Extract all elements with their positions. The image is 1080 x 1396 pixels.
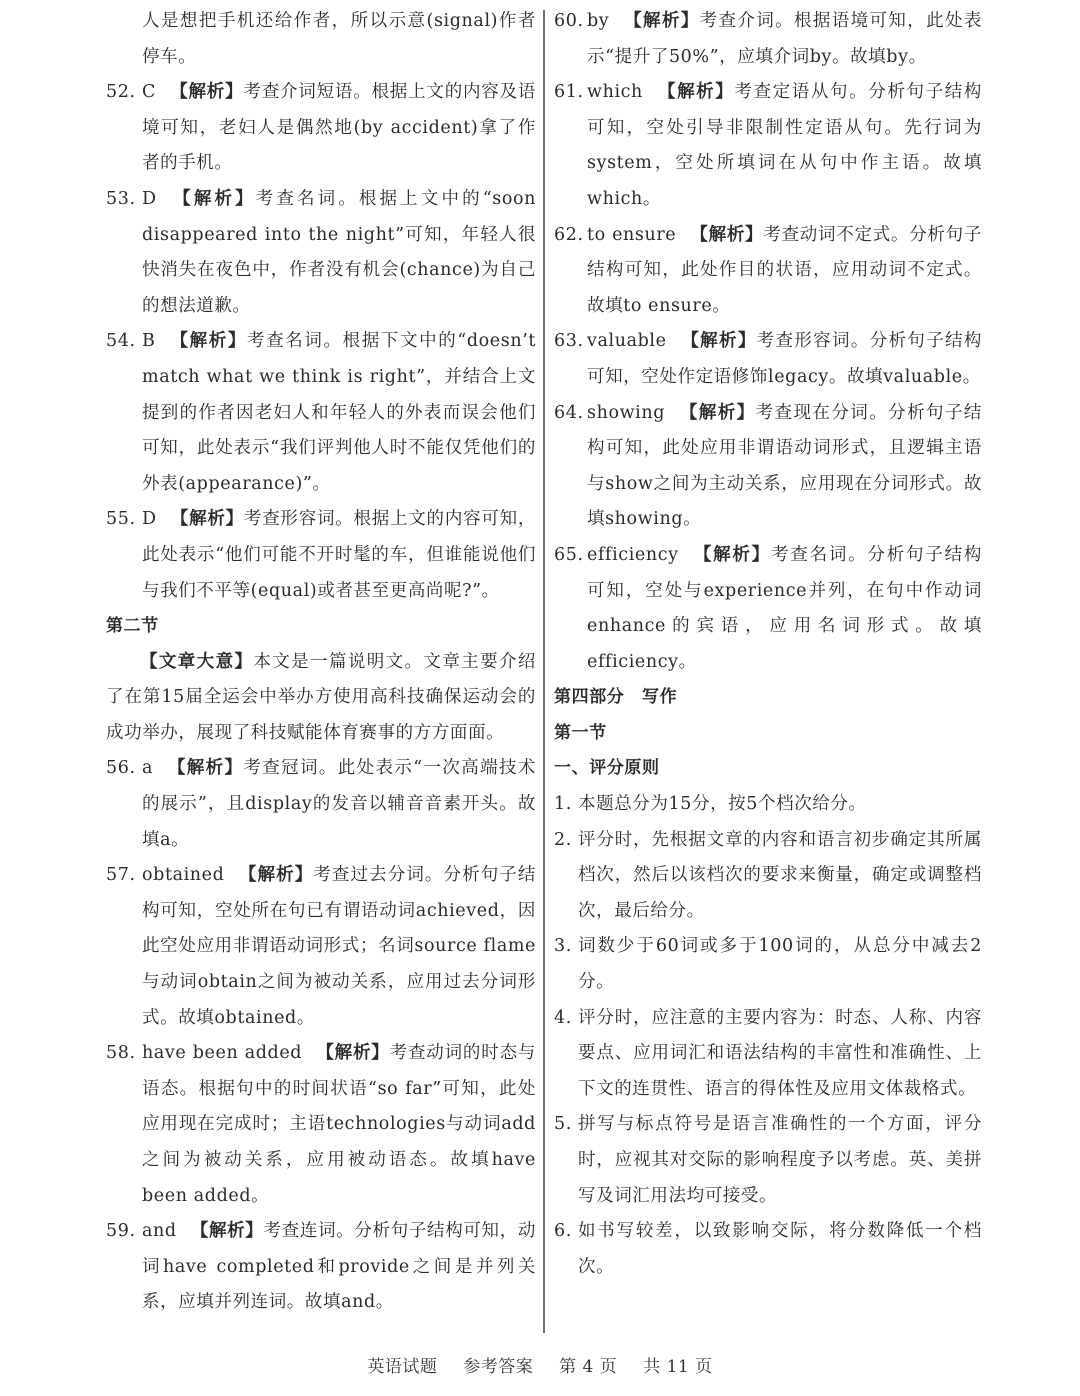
answer-item-62: 62. to ensure【解析】考查动词不定式。分析句子结构可知，此处作目的状… — [554, 218, 982, 325]
item-number: 55. — [106, 502, 136, 538]
answer-value: and — [142, 1221, 177, 1241]
footer-page-total: 共 11 页 — [643, 1357, 712, 1377]
rule-number: 2. — [554, 823, 572, 859]
scoring-rule-5: 5. 拼写与标点符号是语言准确性的一个方面，评分时，应视其对交际的影响程度予以考… — [554, 1107, 982, 1214]
analysis-text: 考查名词。根据下文中的“doesn’t match what we think … — [142, 331, 536, 493]
answer-item-57: 57. obtained【解析】考查过去分词。分析句子结构可知，空处所在句已有谓… — [106, 858, 536, 1036]
answer-item-53: 53. D【解析】考查名词。根据上文中的“soon disappeared in… — [106, 182, 536, 324]
analysis-tag: 【解析】 — [169, 331, 247, 351]
answer-item-59: 59. and【解析】考查连词。分析句子结构可知，动词have complete… — [106, 1214, 536, 1321]
answer-item-54: 54. B【解析】考查名词。根据下文中的“doesn’t match what … — [106, 324, 536, 502]
item-number: 57. — [106, 858, 136, 894]
right-column: 60. by【解析】考查介词。根据语境可知，此处表示“提升了50%”，应填介词b… — [554, 4, 982, 1285]
answer-value: to ensure — [587, 225, 676, 245]
answer-item-64: 64. showing【解析】考查现在分词。分析句子结构可知，此处应用非谓语动词… — [554, 396, 982, 538]
rule-text: 拼写与标点符号是语言准确性的一个方面，评分时，应视其对交际的影响程度予以考虑。英… — [578, 1114, 982, 1205]
continuation-text: 人是想把手机还给作者，所以示意(signal)作者停车。 — [106, 4, 536, 75]
item-number: 62. — [554, 218, 584, 254]
rule-number: 4. — [554, 1001, 572, 1037]
answer-item-56: 56. a【解析】考查冠词。此处表示“一次高端技术的展示”，且display的发… — [106, 751, 536, 858]
rule-text: 如书写较差，以致影响交际，将分数降低一个档次。 — [578, 1221, 982, 1277]
analysis-tag: 【解析】 — [690, 225, 763, 245]
rule-number: 6. — [554, 1214, 572, 1250]
item-number: 52. — [106, 75, 136, 111]
answer-value: B — [142, 331, 155, 351]
answer-item-61: 61. which【解析】考查定语从句。分析句子结构可知，空处引导非限制性定语从… — [554, 75, 982, 217]
analysis-tag: 【解析】 — [657, 82, 735, 102]
rule-text: 评分时，先根据文章的内容和语言初步确定其所属档次，然后以该档次的要求来衡量，确定… — [578, 830, 982, 921]
answer-item-55: 55. D【解析】考查形容词。根据上文的内容可知，此处表示“他们可能不开时髦的车… — [106, 502, 536, 609]
item-number: 65. — [554, 538, 584, 574]
column-divider — [543, 10, 545, 1333]
section-heading: 第二节 — [106, 609, 536, 645]
sub-heading: 一、评分原则 — [554, 751, 982, 787]
analysis-tag: 【解析】 — [170, 82, 243, 102]
analysis-tag: 【解析】 — [681, 331, 757, 351]
part-heading: 第四部分 写作 — [554, 680, 982, 716]
analysis-text: 考查过去分词。分析句子结构可知，空处所在句已有谓语动词achieved，因此空处… — [142, 865, 536, 1027]
item-number: 53. — [106, 182, 136, 218]
analysis-tag: 【解析】 — [693, 545, 771, 565]
answer-item-63: 63. valuable【解析】考查形容词。分析句子结构可知，空处作定语修饰le… — [554, 324, 982, 395]
rule-number: 3. — [554, 929, 572, 965]
answer-value: D — [142, 189, 157, 209]
scoring-rule-3: 3. 词数少于60词或多于100词的，从总分中减去2分。 — [554, 929, 982, 1000]
footer-page-number: 第 4 页 — [559, 1357, 617, 1377]
analysis-tag: 【解析】 — [191, 1221, 264, 1241]
answer-value: which — [587, 82, 643, 102]
analysis-text: 考查定语从句。分析句子结构可知，空处引导非限制性定语从句。先行词为system，… — [587, 82, 982, 209]
item-number: 59. — [106, 1214, 136, 1250]
item-number: 63. — [554, 324, 584, 360]
answer-value: by — [587, 11, 609, 31]
item-number: 61. — [554, 75, 584, 111]
analysis-tag: 【解析】 — [171, 189, 256, 209]
answer-item-58: 58. have been added【解析】考查动词的时态与语态。根据句中的时… — [106, 1036, 536, 1214]
answer-value: have been added — [142, 1043, 302, 1063]
footer-subject: 英语试题 — [367, 1357, 437, 1377]
analysis-tag: 【解析】 — [238, 865, 313, 885]
scoring-rule-2: 2. 评分时，先根据文章的内容和语言初步确定其所属档次，然后以该档次的要求来衡量… — [554, 823, 982, 930]
rule-text: 本题总分为15分，按5个档次给分。 — [578, 794, 867, 814]
answer-value: C — [142, 82, 156, 102]
summary-tag: 【文章大意】 — [140, 652, 253, 672]
item-number: 64. — [554, 396, 584, 432]
page-footer: 英语试题 参考答案 第 4 页 共 11 页 — [0, 1352, 1080, 1377]
scoring-rule-6: 6. 如书写较差，以致影响交际，将分数降低一个档次。 — [554, 1214, 982, 1285]
item-number: 58. — [106, 1036, 136, 1072]
analysis-text: 考查动词的时态与语态。根据句中的时间状语“so far”可知，此处应用现在完成时… — [142, 1043, 536, 1205]
item-number: 54. — [106, 324, 136, 360]
answer-value: obtained — [142, 865, 224, 885]
answer-item-65: 65. efficiency【解析】考查名词。分析句子结构可知，空处与exper… — [554, 538, 982, 680]
answer-value: valuable — [587, 331, 667, 351]
analysis-tag: 【解析】 — [316, 1043, 390, 1063]
rule-text: 词数少于60词或多于100词的，从总分中减去2分。 — [578, 936, 982, 992]
scoring-rule-4: 4. 评分时，应注意的主要内容为：时态、人称、内容要点、应用词汇和语法结构的丰富… — [554, 1001, 982, 1108]
footer-doc-type: 参考答案 — [463, 1357, 533, 1377]
rule-text: 评分时，应注意的主要内容为：时态、人称、内容要点、应用词汇和语法结构的丰富性和准… — [578, 1008, 982, 1099]
rule-number: 1. — [554, 787, 572, 823]
answer-value: D — [142, 509, 157, 529]
rule-number: 5. — [554, 1107, 572, 1143]
section-heading: 第一节 — [554, 716, 982, 752]
answer-value: a — [142, 758, 153, 778]
answer-value: showing — [587, 403, 665, 423]
answer-value: efficiency — [587, 545, 679, 565]
analysis-tag: 【解析】 — [171, 509, 244, 529]
answer-item-60: 60. by【解析】考查介词。根据语境可知，此处表示“提升了50%”，应填介词b… — [554, 4, 982, 75]
answer-item-52: 52. C【解析】考查介词短语。根据上文的内容及语境可知，老妇人是偶然地(by … — [106, 75, 536, 182]
item-number: 56. — [106, 751, 136, 787]
left-column: 人是想把手机还给作者，所以示意(signal)作者停车。 52. C【解析】考查… — [106, 4, 536, 1321]
analysis-tag: 【解析】 — [167, 758, 243, 778]
scoring-rule-1: 1. 本题总分为15分，按5个档次给分。 — [554, 787, 982, 823]
item-number: 60. — [554, 4, 584, 40]
article-summary: 【文章大意】本文是一篇说明文。文章主要介绍了在第15届全运会中举办方使用高科技确… — [106, 645, 536, 752]
analysis-tag: 【解析】 — [679, 403, 756, 423]
analysis-tag: 【解析】 — [623, 11, 699, 31]
